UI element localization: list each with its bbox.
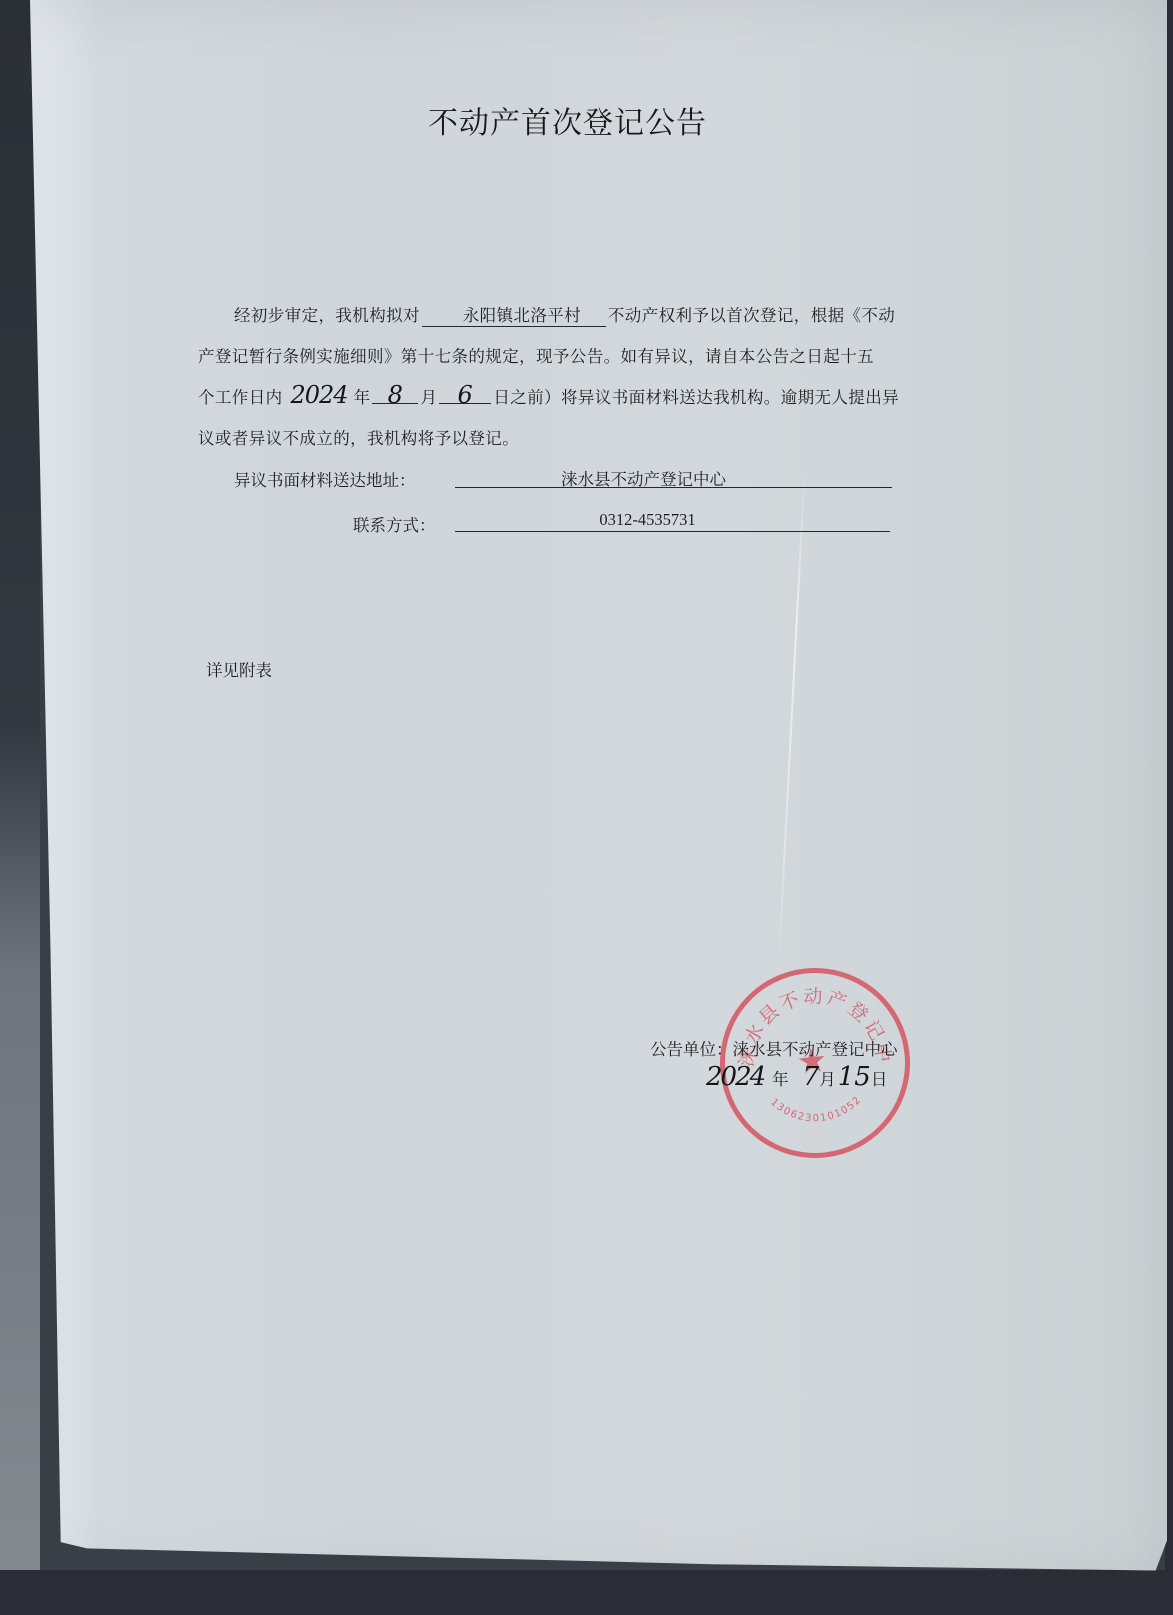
issuer-label: 公告单位： (650, 1040, 733, 1059)
contact-value: 0312-4535731 (455, 510, 890, 532)
svg-text:1306230101052: 1306230101052 (767, 1088, 865, 1130)
background-surface-bottom (0, 1570, 1173, 1615)
body-line-1-prefix: 经初步审定，我机构拟对 (234, 306, 420, 325)
body-line-1: 经初步审定，我机构拟对永阳镇北洛平村不动产权利予以首次登记，根据《不动 (234, 302, 895, 327)
issue-year-label: 年 (772, 1070, 789, 1089)
objection-address-label: 异议书面材料送达地址： (234, 467, 416, 491)
objection-address-value: 涞水县不动产登记中心 (455, 466, 892, 488)
deadline-year-handwritten: 2024 (287, 387, 352, 403)
issue-day-label: 日 (871, 1070, 888, 1089)
deadline-day-handwritten: 6 (439, 387, 491, 404)
year-label: 年 (354, 388, 371, 407)
body-line-4: 议或者异议不成立的，我机构将予以登记。 (198, 425, 519, 449)
background-surface-left (0, 0, 40, 1615)
location-fill: 永阳镇北洛平村 (422, 302, 606, 327)
body-line-3-suffix: 日之前）将异议书面材料送达我机构。逾期无人提出异 (493, 388, 899, 407)
month-label: 月 (420, 388, 437, 407)
document-title: 不动产首次登记公告 (428, 98, 707, 142)
contact-label: 联系方式： (353, 512, 436, 536)
deadline-month-handwritten: 8 (372, 387, 418, 404)
issuer-name: 涞水县不动产登记中心 (733, 1040, 898, 1059)
seal-code: 1306230101052 (767, 1088, 865, 1130)
body-line-3-prefix: 个工作日内 (198, 388, 283, 407)
body-line-3: 个工作日内2024年8月6日之前）将异议书面材料送达我机构。逾期无人提出异 (198, 384, 899, 408)
body-line-2: 产登记暂行条例实施细则》第十七条的规定，现予公告。如有异议，请自本公告之日起十五 (198, 343, 874, 367)
issue-date: 2024年7月15日 (706, 1066, 887, 1090)
see-attached-note: 详见附表 (206, 657, 272, 681)
issue-day-handwritten: 15 (838, 1062, 871, 1092)
issue-month-label: 月 (819, 1070, 836, 1089)
issue-year-handwritten: 2024 (706, 1062, 764, 1092)
body-line-1-suffix: 不动产权利予以首次登记，根据《不动 (608, 306, 895, 325)
notice-paper (30, 0, 1167, 1580)
issue-month-handwritten: 7 (803, 1062, 820, 1092)
issuer-line: 公告单位：涞水县不动产登记中心 (650, 1036, 898, 1060)
